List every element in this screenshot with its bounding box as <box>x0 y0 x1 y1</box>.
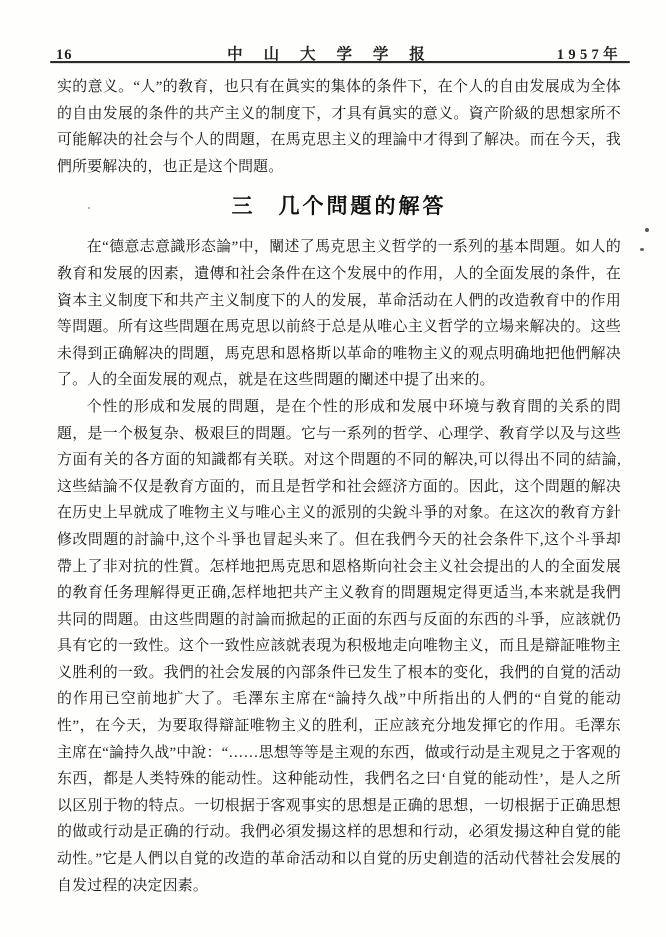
section-number: 三 <box>231 194 255 218</box>
scan-speck <box>371 78 373 80</box>
paragraph: 个性的形成和发展的問題，是在个性的形成和发展中环境与敎育間的关系的問題，是一个极… <box>57 394 621 899</box>
paragraph-continuation: 实的意义。“人”的敎育，也只有在眞实的集体的条件下，在个人的自由发展成为全体的自… <box>57 74 621 180</box>
scan-speck <box>88 207 90 209</box>
paragraph: 在“德意志意識形态論”中，闡述了馬克思主义哲学的一系列的基本問題。如人的敎育和发… <box>57 234 621 394</box>
header-rule <box>50 61 630 63</box>
scan-speck <box>640 248 644 251</box>
scan-speck <box>645 228 649 232</box>
article-body: 实的意义。“人”的敎育，也只有在眞实的集体的条件下，在个人的自由发展成为全体的自… <box>57 74 621 899</box>
journal-page: 16 中山大学学报 1957年 实的意义。“人”的敎育，也只有在眞实的集体的条件… <box>0 0 666 937</box>
section-title: 几个問題的解答 <box>279 194 447 218</box>
section-heading: 三几个問題的解答 <box>57 191 621 221</box>
